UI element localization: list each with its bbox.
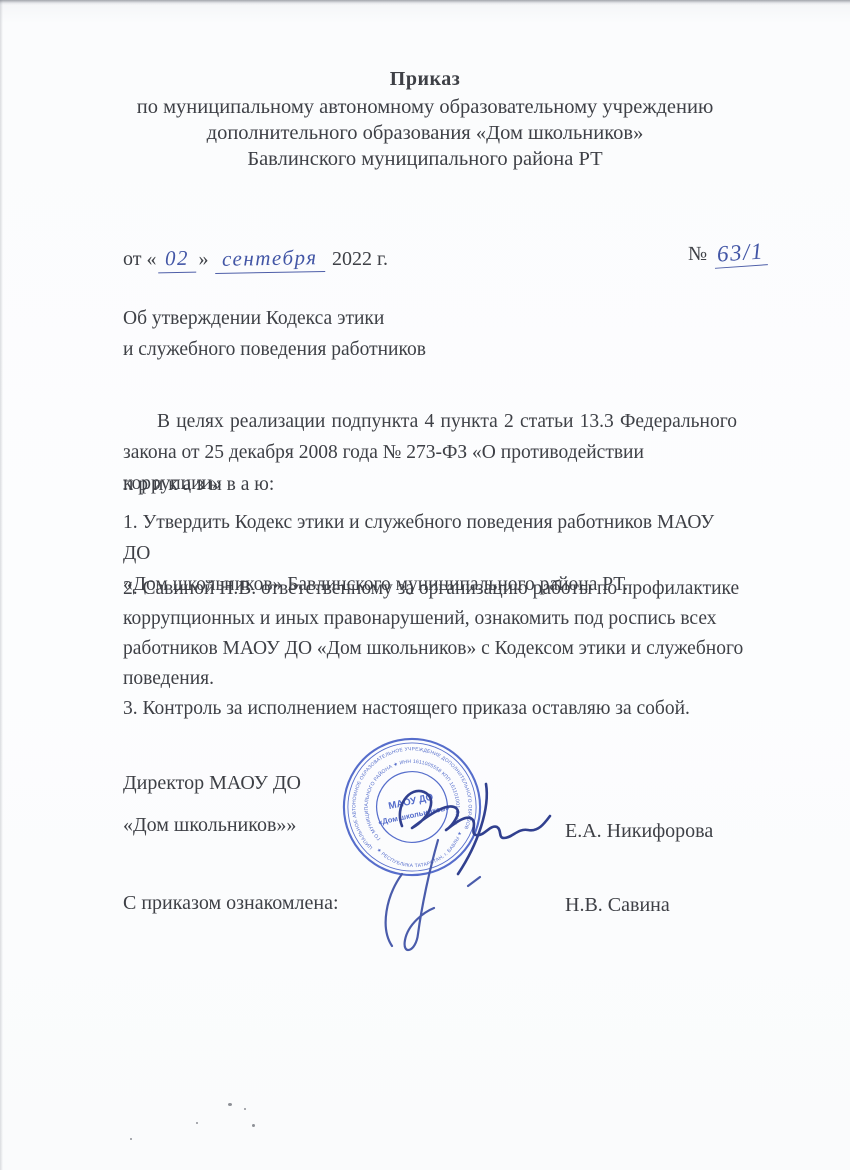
document-page: Приказ по муниципальному автономному обр… xyxy=(0,0,850,1170)
date-close-quote: » xyxy=(198,248,208,270)
subject-line-2: и служебного поведения работников xyxy=(123,334,743,365)
date-number-row: от «02» сентебря 2022 г. № 63/1 xyxy=(123,240,773,280)
header-line-3: Бавлинского муниципального района РТ xyxy=(0,146,850,172)
number-label: № xyxy=(688,243,707,265)
preamble-line-1: В целях реализации подпункта 4 пункта 2 … xyxy=(123,406,737,437)
acknowledgement-name: Н.В. Савина xyxy=(565,894,670,917)
date-year: 2022 г. xyxy=(332,248,388,270)
acknowledgement-signature-icon xyxy=(372,834,504,970)
subject-line-1: Об утверждении Кодекса этики xyxy=(123,303,743,334)
scan-speck xyxy=(130,1138,132,1140)
document-title: Приказ xyxy=(0,66,850,92)
order-number-field: № 63/1 xyxy=(688,240,769,267)
handwritten-month: сентебря xyxy=(215,245,325,274)
order-word: п р и к а з ы в а ю: xyxy=(123,474,737,496)
acknowledgement-label: С приказом ознакомлена: xyxy=(123,892,339,915)
director-title-line-1: Директор МАОУ ДО xyxy=(123,772,301,795)
scan-speck xyxy=(244,1108,246,1110)
subject-block: Об утверждении Кодекса этики и служебног… xyxy=(123,303,743,365)
scan-speck xyxy=(228,1103,232,1106)
item2-line-4: поведения. xyxy=(123,664,763,694)
item1-line-1: 1. Утвердить Кодекс этики и служебного п… xyxy=(123,507,743,569)
scan-speck xyxy=(252,1124,255,1127)
scan-edge-left xyxy=(0,0,3,1170)
document-header: Приказ по муниципальному автономному обр… xyxy=(0,66,850,172)
director-name: Е.А. Никифорова xyxy=(565,820,713,843)
order-item-2: 2. Савиной Н.В. ответственному за органи… xyxy=(123,574,763,694)
handwritten-day: 02 xyxy=(158,246,196,274)
item2-line-3: работников МАОУ ДО «Дом школьников» с Ко… xyxy=(123,634,763,664)
date-field: от «02» сентебря 2022 г. xyxy=(123,246,388,273)
item2-line-2: коррупционных и иных правонарушений, озн… xyxy=(123,604,763,634)
director-title-line-2: «Дом школьников»» xyxy=(123,814,296,837)
header-line-1: по муниципальному автономному образовате… xyxy=(0,94,850,120)
acknowledgement-signature xyxy=(372,834,504,970)
date-prefix: от « xyxy=(123,248,156,270)
item2-line-1: 2. Савиной Н.В. ответственному за органи… xyxy=(123,574,763,604)
scan-speck xyxy=(196,1122,198,1124)
header-line-2: дополнительного образования «Дом школьни… xyxy=(0,120,850,146)
handwritten-number: 63/1 xyxy=(713,238,768,269)
scan-edge-top xyxy=(0,0,850,5)
